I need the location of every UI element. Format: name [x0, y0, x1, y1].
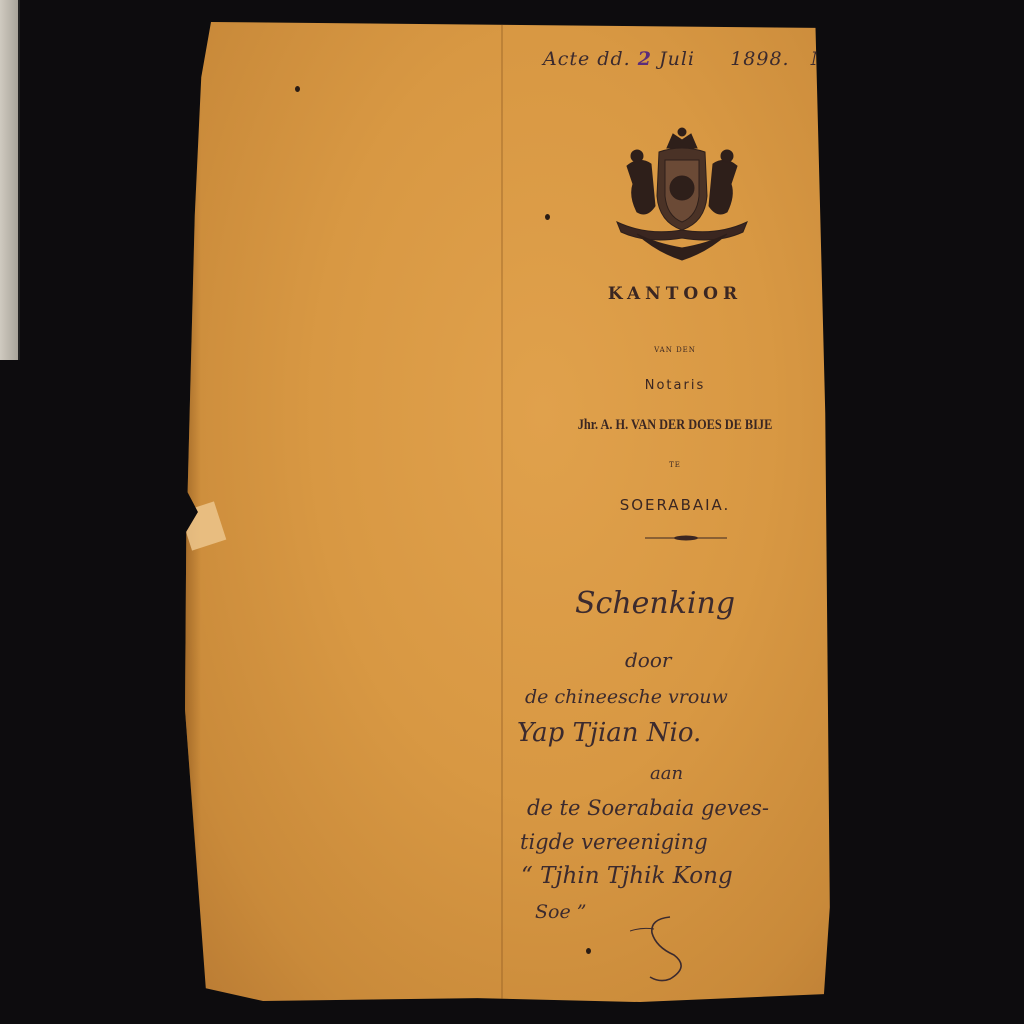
- deed-number-label: No.: [811, 48, 848, 70]
- closing-flourish-icon: [630, 913, 700, 983]
- handwritten-line-5: aan: [650, 763, 683, 784]
- deed-prefix: Acte dd.: [543, 48, 631, 70]
- paper-blemish: [295, 86, 300, 92]
- handwritten-line-3: de chineesche vrouw: [525, 686, 728, 708]
- city-name: SOERABAIA.: [515, 496, 835, 514]
- office-heading: KANTOOR: [515, 284, 835, 304]
- coat-of-arms-icon: [607, 126, 757, 262]
- handwritten-line-4: Yap Tjian Nio.: [517, 718, 701, 748]
- deed-year: 1898.: [730, 48, 789, 70]
- deed-number: 6: [848, 48, 862, 70]
- van-den-label: VAN DEN: [515, 346, 835, 354]
- notaris-title: Notaris: [515, 378, 835, 393]
- adjacent-page-edge: [0, 0, 20, 360]
- handwritten-line-6: de te Soerabaia geves-: [527, 796, 769, 820]
- fold-line: [501, 18, 503, 1006]
- handwritten-line-1: Schenking: [575, 586, 735, 621]
- te-label: TE: [515, 461, 835, 469]
- handwritten-line-8: “ Tjhin Tjhik Kong: [521, 863, 733, 889]
- paper-blemish: [545, 214, 550, 220]
- handwritten-line-7: tigde vereeniging: [520, 830, 708, 854]
- deed-date-line: Acte dd. 2 Juli 1898. No.6: [543, 48, 862, 70]
- notary-name: Jhr. A. H. VAN DER DOES DE BIJE: [544, 417, 806, 434]
- deed-day: 2: [638, 48, 652, 70]
- handwritten-line-9: Soe ”: [535, 901, 586, 923]
- deed-month: Juli: [659, 48, 695, 70]
- ornament-divider-icon: [645, 535, 727, 541]
- document-sheet: Acte dd. 2 Juli 1898. No.6 KANTOOR VAN D: [185, 18, 835, 1006]
- torn-paper-fragment: [180, 501, 227, 550]
- paper-blemish: [586, 948, 591, 954]
- handwritten-line-2: door: [625, 648, 671, 672]
